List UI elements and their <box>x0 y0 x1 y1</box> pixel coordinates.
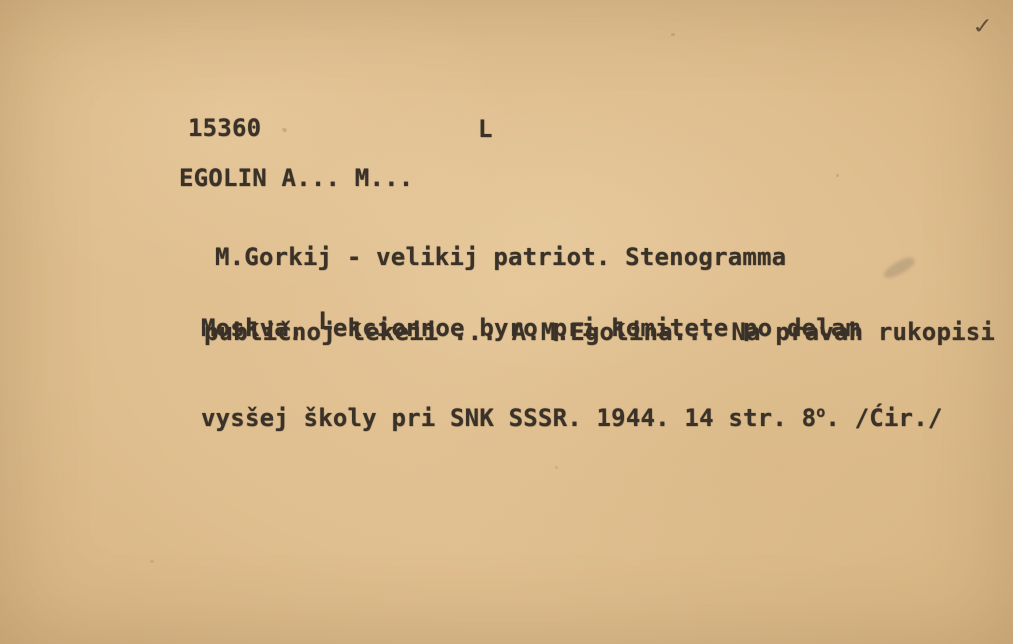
paper-speck <box>836 174 839 177</box>
imprint-line-1: Moskva, Lekcionnoe byro pri komitete po … <box>201 314 943 342</box>
paper-speck <box>671 33 675 36</box>
imprint-line-2-pre: vysšej školy pri SNK SSSR. 1944. 14 str.… <box>201 404 816 432</box>
handwritten-checkmark-icon: ✓ <box>971 13 995 39</box>
author-heading: EGOLIN A... M... <box>179 164 413 192</box>
imprint-block: Moskva, Lekcionnoe byro pri komitete po … <box>201 258 943 488</box>
paper-speck <box>150 560 154 563</box>
imprint-line-1-post: ekcionnoe byro pri komitete po delam <box>333 314 860 342</box>
paper-speck <box>281 127 287 133</box>
imprint-line-1-pre: Moskva, <box>201 314 318 342</box>
paper-speck <box>555 466 558 469</box>
imprint-line-2: vysšej školy pri SNK SSSR. 1944. 14 str.… <box>201 398 943 432</box>
classification-letter: L <box>478 115 493 143</box>
accession-number: 15360 <box>188 114 261 142</box>
octavo-superscript: o <box>816 403 825 421</box>
catalog-card-paper: 15360 L EGOLIN A... M... M.Gorkij - veli… <box>0 0 1013 644</box>
imprint-line-2-post: . /Ćir./ <box>825 404 942 432</box>
raised-letter-l: L <box>318 307 333 335</box>
